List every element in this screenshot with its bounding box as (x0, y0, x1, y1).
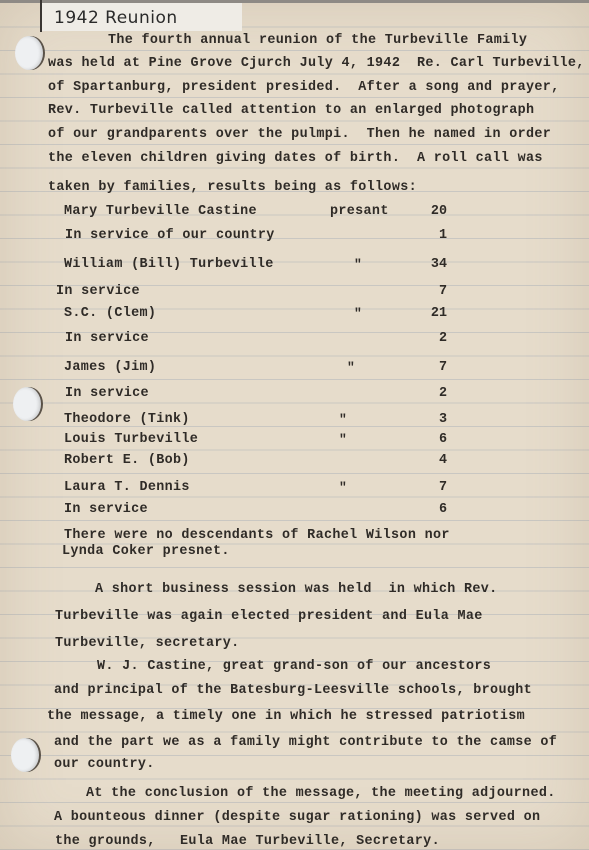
roll-call-name: Robert E. (Bob) (64, 453, 190, 468)
roll-call-status-ditto: " (354, 306, 362, 321)
roll-call-name: James (Jim) (64, 360, 156, 375)
roll-call-count: 6 (417, 502, 447, 517)
business-line-3: Turbeville, secretary. (55, 636, 240, 651)
intro-line-6: the eleven children giving dates of birt… (48, 151, 543, 166)
message-line-3: the message, a timely one in which he st… (47, 709, 525, 724)
roll-call-status-ditto: " (347, 360, 355, 375)
intro-line-2: was held at Pine Grove Cjurch July 4, 19… (48, 56, 585, 71)
roll-call-status-ditto: " (339, 432, 347, 447)
roll-call-name: In service (56, 284, 140, 299)
intro-line-5: of our grandparents over the pulmpi. The… (48, 127, 551, 142)
roll-call-count: 1 (417, 228, 447, 243)
hole-punch-top (15, 36, 43, 70)
hole-punch-middle (13, 387, 41, 421)
roll-call-name: In service of our country (65, 228, 275, 243)
message-line-5: our country. (54, 757, 155, 772)
no-descendants-line-1: There were no descendants of Rachel Wils… (64, 528, 450, 543)
roll-call-name: S.C. (Clem) (64, 306, 156, 321)
roll-call-status-ditto: " (339, 480, 347, 495)
roll-call-count: 7 (417, 360, 447, 375)
business-line-1: A short business session was held in whi… (95, 582, 498, 597)
roll-call-count: 21 (417, 306, 447, 321)
roll-call-name: In service (65, 331, 149, 346)
roll-call-status-ditto: " (354, 257, 362, 272)
roll-call-name: Laura T. Dennis (64, 480, 190, 495)
intro-line-1: The fourth annual reunion of the Turbevi… (108, 33, 527, 48)
message-line-1: W. J. Castine, great grand-son of our an… (97, 659, 491, 674)
roll-call-name: Mary Turbeville Castine (64, 204, 257, 219)
roll-call-name: In service (65, 386, 149, 401)
message-line-2: and principal of the Batesburg-Leesville… (54, 683, 532, 698)
roll-call-count: 7 (417, 284, 447, 299)
roll-call-name: In service (64, 502, 148, 517)
typed-document-page: 1942 Reunion The fourth annual reunion o… (0, 0, 589, 850)
handwritten-label: 1942 Reunion (42, 3, 242, 31)
secretary-signature: Eula Mae Turbeville, Secretary. (180, 834, 440, 849)
roll-call-status-ditto: " (339, 412, 347, 427)
roll-call-count: 20 (417, 204, 447, 219)
roll-call-count: 7 (417, 480, 447, 495)
roll-call-count: 34 (417, 257, 447, 272)
roll-call-name: Louis Turbeville (64, 432, 198, 447)
conclusion-line-3: the grounds, (55, 834, 156, 849)
roll-call-name: Theodore (Tink) (64, 412, 190, 427)
roll-call-status: presant (330, 204, 389, 219)
conclusion-line-2: A bounteous dinner (despite sugar ration… (54, 810, 540, 825)
roll-call-count: 2 (417, 386, 447, 401)
roll-call-count: 4 (417, 453, 447, 468)
hole-punch-bottom (11, 738, 39, 772)
no-descendants-line-2: Lynda Coker presnet. (62, 544, 230, 559)
intro-line-3: of Spartanburg, president presided. Afte… (48, 80, 560, 95)
business-line-2: Turbeville was again elected president a… (55, 609, 483, 624)
roll-call-count: 6 (417, 432, 447, 447)
intro-line-4: Rev. Turbeville called attention to an e… (48, 103, 534, 118)
roll-call-count: 3 (417, 412, 447, 427)
message-line-4: and the part we as a family might contri… (54, 735, 557, 750)
conclusion-line-1: At the conclusion of the message, the me… (86, 786, 556, 801)
roll-call-count: 2 (417, 331, 447, 346)
intro-line-7: taken by families, results being as foll… (48, 180, 417, 195)
roll-call-name: William (Bill) Turbeville (64, 257, 274, 272)
